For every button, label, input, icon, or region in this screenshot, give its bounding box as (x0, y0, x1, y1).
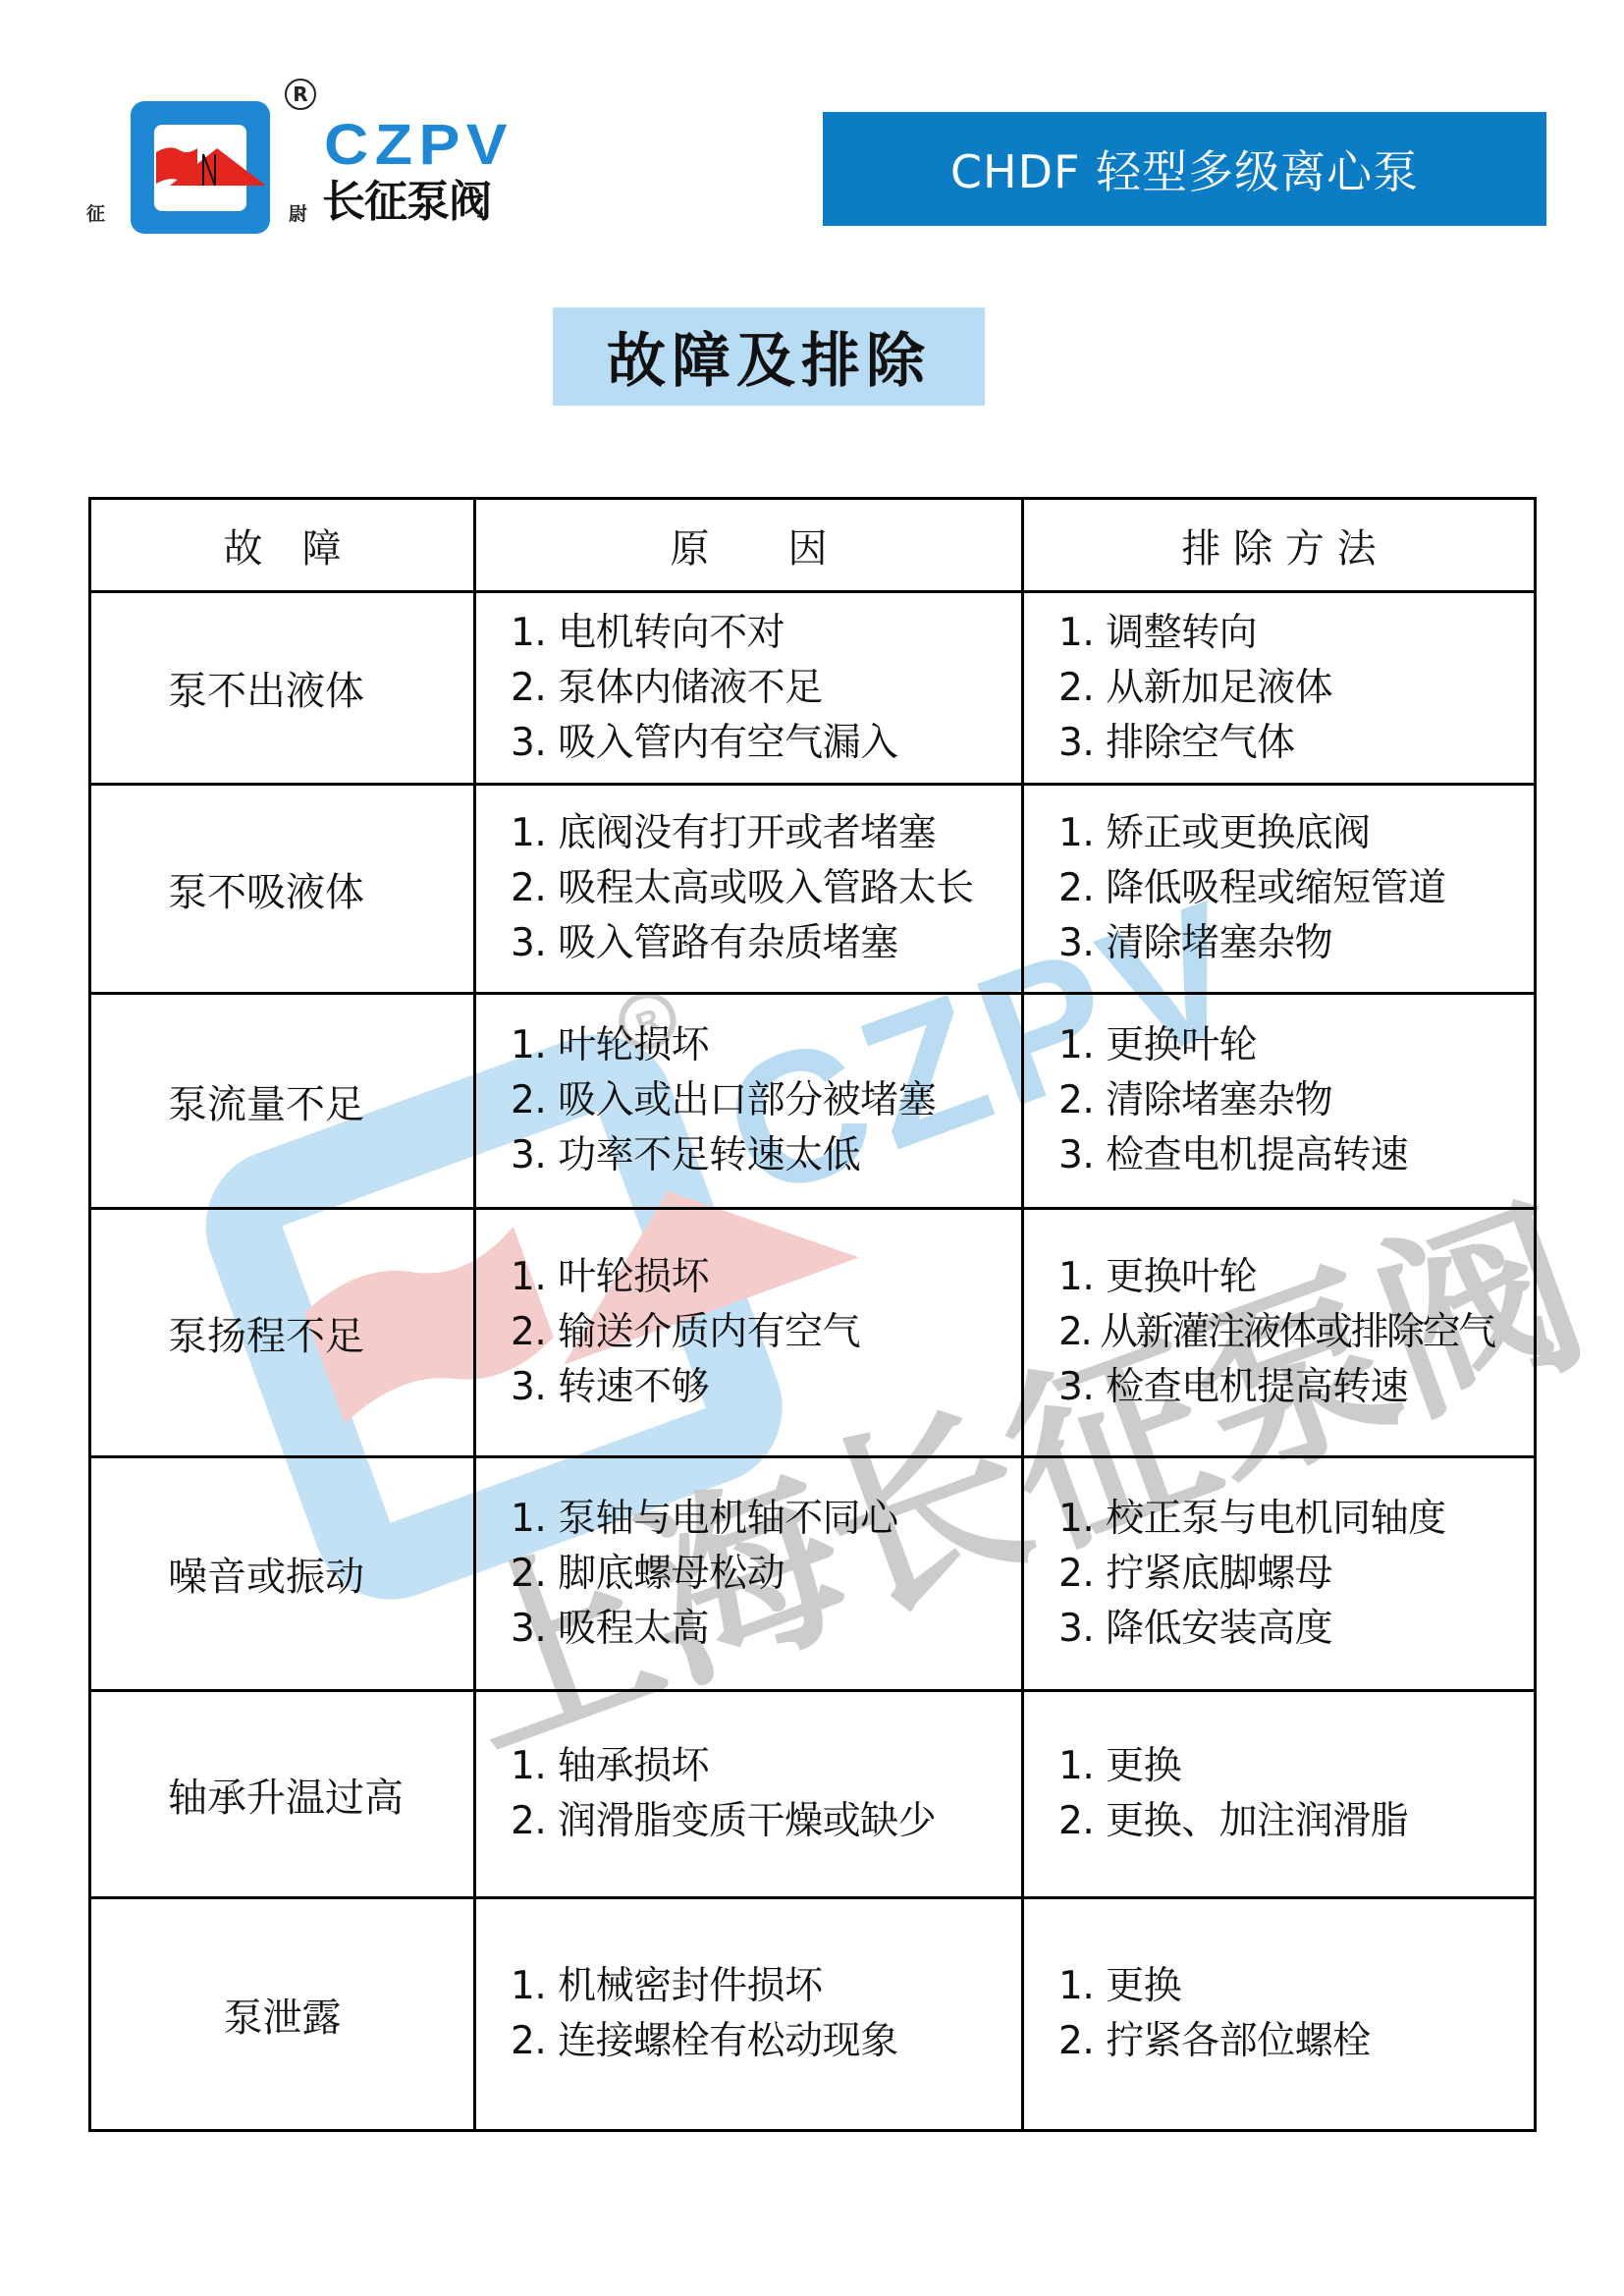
fault-cell: 泵扬程不足 (90, 1209, 475, 1457)
table-row: 泵流量不足 1. 叶轮损坏 2. 吸入或出口部分被堵塞 3. 功率不足转速太低 … (90, 994, 1536, 1209)
fix-item: 3. 检查电机提高转速 (1058, 1360, 1534, 1415)
fix-cell: 1. 校正泵与电机同轴度 2. 拧紧底脚螺母 3. 降低安装高度 (1023, 1457, 1536, 1691)
fix-item: 3. 清除堵塞杂物 (1058, 916, 1534, 971)
table-row: 泵泄露 1. 机械密封件损坏 2. 连接螺栓有松动现象 1. 更换 2. 拧紧各… (90, 1898, 1536, 2131)
cause-item: 2. 吸程太高或吸入管路太长 (511, 861, 1021, 916)
fault-cell: 泵不出液体 (90, 592, 475, 785)
cause-cell: 1. 泵轴与电机轴不同心 2. 脚底螺母松动 3. 吸程太高 (475, 1457, 1023, 1691)
fix-item: 1. 更换叶轮 (1058, 1018, 1534, 1073)
product-title: CHDF 轻型多级离心泵 (950, 137, 1419, 201)
cause-item: 1. 叶轮损坏 (511, 1018, 1021, 1073)
table-row: 泵不吸液体 1. 底阀没有打开或者堵塞 2. 吸程太高或吸入管路太长 3. 吸入… (90, 785, 1536, 994)
cause-item: 3. 功率不足转速太低 (511, 1128, 1021, 1183)
fault-cell: 泵泄露 (90, 1898, 475, 2131)
logo-side-char-left: 征 (86, 199, 105, 226)
cause-item: 3. 转速不够 (511, 1360, 1021, 1415)
cause-cell: 1. 轴承损坏 2. 润滑脂变质干燥或缺少 (475, 1691, 1023, 1898)
fix-item: 2. 从新灌注液体或排除空气 (1058, 1305, 1534, 1360)
cause-item: 2. 润滑脂变质干燥或缺少 (511, 1794, 1021, 1849)
cause-item: 2. 脚底螺母松动 (511, 1547, 1021, 1602)
fault-cell: 泵不吸液体 (90, 785, 475, 994)
fix-item: 3. 降低安装高度 (1058, 1602, 1534, 1657)
fix-cell: 1. 调整转向 2. 从新加足液体 3. 排除空气体 (1023, 592, 1536, 785)
cause-cell: 1. 底阀没有打开或者堵塞 2. 吸程太高或吸入管路太长 3. 吸入管路有杂质堵… (475, 785, 1023, 994)
fix-cell: 1. 更换叶轮 2. 清除堵塞杂物 3. 检查电机提高转速 (1023, 994, 1536, 1209)
fix-cell: 1. 矫正或更换底阀 2. 降低吸程或缩短管道 3. 清除堵塞杂物 (1023, 785, 1536, 994)
section-title-box: 故障及排除 (553, 307, 985, 406)
section-title: 故障及排除 (607, 314, 931, 399)
logo-mark-icon (131, 101, 270, 234)
fault-cell: 泵流量不足 (90, 994, 475, 1209)
cause-item: 2. 吸入或出口部分被堵塞 (511, 1073, 1021, 1128)
fix-item: 2. 降低吸程或缩短管道 (1058, 861, 1534, 916)
fix-item: 1. 校正泵与电机同轴度 (1058, 1492, 1534, 1547)
cause-cell: 1. 叶轮损坏 2. 输送介质内有空气 3. 转速不够 (475, 1209, 1023, 1457)
fix-item: 1. 调整转向 (1058, 606, 1534, 661)
cause-cell: 1. 叶轮损坏 2. 吸入或出口部分被堵塞 3. 功率不足转速太低 (475, 994, 1023, 1209)
company-logo: 征 尉 R CZPV 长征泵阀 (79, 69, 530, 246)
cause-item: 1. 电机转向不对 (511, 606, 1021, 661)
table-row: 泵扬程不足 1. 叶轮损坏 2. 输送介质内有空气 3. 转速不够 1. 更换叶… (90, 1209, 1536, 1457)
registered-trademark-icon: R (285, 79, 316, 110)
table-row: 泵不出液体 1. 电机转向不对 2. 泵体内储液不足 3. 吸入管内有空气漏入 … (90, 592, 1536, 785)
fix-item: 1. 更换 (1058, 1739, 1534, 1794)
product-banner: CHDF 轻型多级离心泵 (823, 112, 1546, 226)
cause-item: 3. 吸入管路有杂质堵塞 (511, 916, 1021, 971)
troubleshooting-table: 故 障 原 因 排 除 方 法 泵不出液体 1. 电机转向不对 2. 泵体内储液… (88, 497, 1537, 2132)
cause-item: 1. 底阀没有打开或者堵塞 (511, 806, 1021, 861)
fix-cell: 1. 更换 2. 拧紧各部位螺栓 (1023, 1898, 1536, 2131)
fix-item: 2. 更换、加注润滑脂 (1058, 1794, 1534, 1849)
cause-cell: 1. 机械密封件损坏 2. 连接螺栓有松动现象 (475, 1898, 1023, 2131)
header-fault: 故 障 (90, 499, 475, 592)
cause-item: 1. 叶轮损坏 (511, 1250, 1021, 1305)
header-cause: 原 因 (475, 499, 1023, 592)
fix-item: 3. 排除空气体 (1058, 716, 1534, 771)
fix-item: 2. 拧紧各部位螺栓 (1058, 2014, 1534, 2069)
fix-item: 2. 拧紧底脚螺母 (1058, 1547, 1534, 1602)
cause-item: 1. 泵轴与电机轴不同心 (511, 1492, 1021, 1547)
logo-brand-cn: 长征泵阀 (322, 177, 491, 228)
cause-item: 3. 吸入管内有空气漏入 (511, 716, 1021, 771)
table-header-row: 故 障 原 因 排 除 方 法 (90, 499, 1536, 592)
cause-item: 1. 机械密封件损坏 (511, 1959, 1021, 2014)
fix-item: 1. 更换 (1058, 1959, 1534, 2014)
fix-item: 3. 检查电机提高转速 (1058, 1128, 1534, 1183)
fault-cell: 轴承升温过高 (90, 1691, 475, 1898)
fix-cell: 1. 更换叶轮 2. 从新灌注液体或排除空气 3. 检查电机提高转速 (1023, 1209, 1536, 1457)
fix-item: 2. 从新加足液体 (1058, 661, 1534, 716)
cause-item: 3. 吸程太高 (511, 1602, 1021, 1657)
table-row: 轴承升温过高 1. 轴承损坏 2. 润滑脂变质干燥或缺少 1. 更换 2. 更换… (90, 1691, 1536, 1898)
fix-item: 1. 更换叶轮 (1058, 1250, 1534, 1305)
cause-item: 2. 连接螺栓有松动现象 (511, 2014, 1021, 2069)
cause-item: 1. 轴承损坏 (511, 1739, 1021, 1794)
fix-cell: 1. 更换 2. 更换、加注润滑脂 (1023, 1691, 1536, 1898)
cause-cell: 1. 电机转向不对 2. 泵体内储液不足 3. 吸入管内有空气漏入 (475, 592, 1023, 785)
cause-item: 2. 输送介质内有空气 (511, 1305, 1021, 1360)
fault-cell: 噪音或振动 (90, 1457, 475, 1691)
fix-item: 2. 清除堵塞杂物 (1058, 1073, 1534, 1128)
fix-item: 1. 矫正或更换底阀 (1058, 806, 1534, 861)
table-row: 噪音或振动 1. 泵轴与电机轴不同心 2. 脚底螺母松动 3. 吸程太高 1. … (90, 1457, 1536, 1691)
logo-brand-en: CZPV (324, 116, 514, 175)
cause-item: 2. 泵体内储液不足 (511, 661, 1021, 716)
logo-side-char-right: 尉 (289, 199, 307, 226)
header-fix: 排 除 方 法 (1023, 499, 1536, 592)
